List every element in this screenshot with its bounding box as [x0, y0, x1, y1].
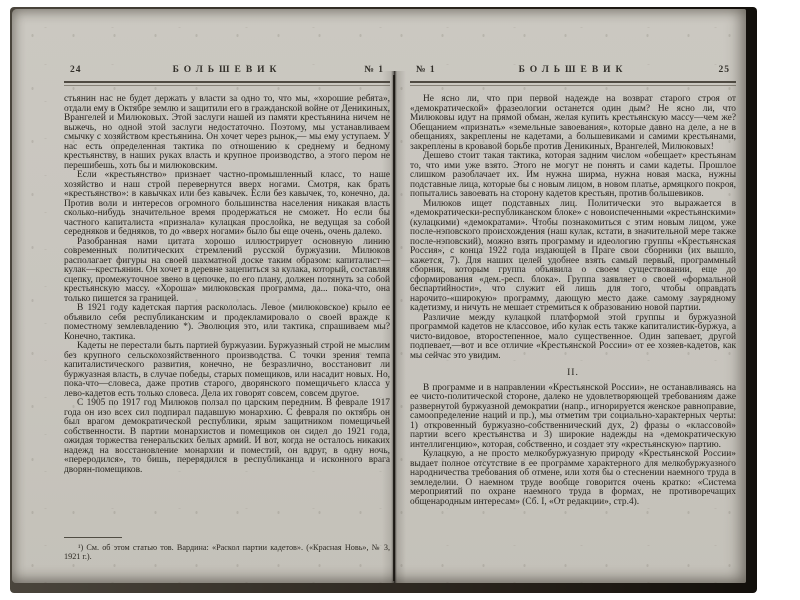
issue-label-right: № 1 [416, 65, 436, 75]
paragraph: Если «крестьянство» признает частно-пром… [64, 171, 390, 238]
header-rule-left [64, 81, 390, 86]
book-scan: 24 БОЛЬШЕВИК № 1 стьянин нас не будет де… [10, 7, 757, 593]
paragraph: Кулацкую, а не просто мелкобуржуазную пр… [410, 450, 736, 507]
paragraph: Кадеты не перестали быть партией буржуаз… [64, 342, 390, 399]
page-left-header: 24 БОЛЬШЕВИК № 1 [64, 65, 390, 78]
page-right-body: Не ясно ли, что при первой надежде на во… [410, 95, 736, 507]
paragraph: С 1905 по 1917 год Милюков ползал по цар… [64, 399, 390, 475]
page-right: № 1 БОЛЬШЕВИК 25 Не ясно ли, что при пер… [410, 65, 736, 507]
page-left: 24 БОЛЬШЕВИК № 1 стьянин нас не будет де… [64, 65, 390, 475]
section-heading: II. [410, 368, 736, 378]
paragraph: Различие между кулацкой платформой этой … [410, 314, 736, 362]
issue-label-left: № 1 [364, 65, 384, 75]
page-number-left: 24 [70, 65, 82, 75]
paper-spread: 24 БОЛЬШЕВИК № 1 стьянин нас не будет де… [12, 9, 746, 583]
paragraph: стьянин нас не будет держать у власти за… [64, 95, 390, 171]
page-number-right: 25 [719, 65, 731, 75]
journal-title-left: БОЛЬШЕВИК [173, 65, 282, 75]
footnote-text: ¹) См. об этом статью тов. Вардина: «Рас… [64, 543, 390, 561]
book-gutter-line [393, 75, 395, 581]
footnote-rule [64, 537, 122, 538]
page-left-body: стьянин нас не будет держать у власти за… [64, 95, 390, 475]
footnote-block: ¹) См. об этом статью тов. Вардина: «Рас… [64, 537, 390, 561]
journal-title-right: БОЛЬШЕВИК [519, 65, 628, 75]
paragraph: Не ясно ли, что при первой надежде на во… [410, 95, 736, 152]
paragraph: Милюков ищет подставных лиц. Политически… [410, 200, 736, 314]
paragraph: В 1921 году кадетская партия раскололась… [64, 304, 390, 342]
header-rule-right [410, 81, 736, 86]
paragraph: Разобранная нами цитата хорошо иллюстрир… [64, 238, 390, 305]
paragraph: Дешево стоит такая тактика, которая задн… [410, 152, 736, 200]
paragraph: В программе и в направлении «Крестьянско… [410, 384, 736, 451]
page-right-header: № 1 БОЛЬШЕВИК 25 [410, 65, 736, 78]
